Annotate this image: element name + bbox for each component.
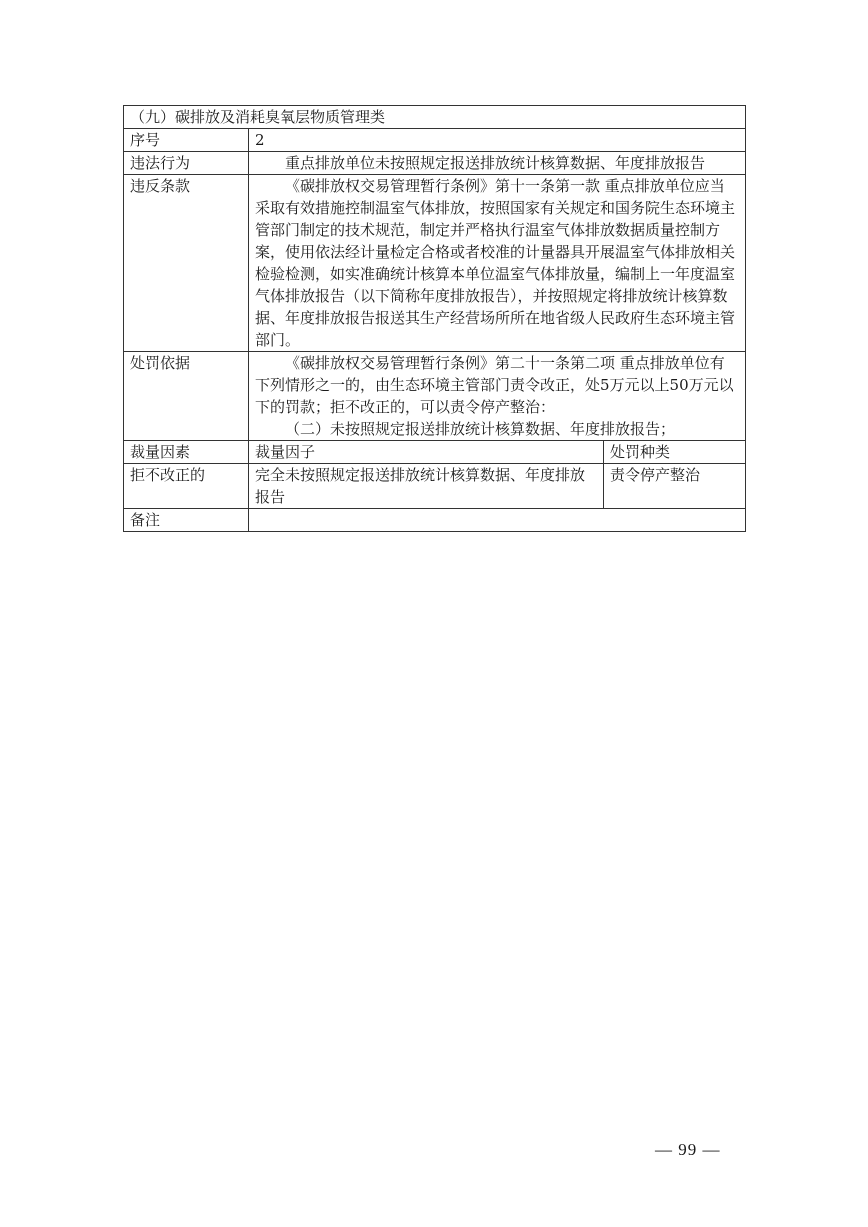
penalty-basis-value: 《碳排放权交易管理暂行条例》第二十一条第二项 重点排放单位有下列情形之一的，由生… [249,352,746,441]
discretion-header-row: 裁量因素 裁量因子 处罚种类 [124,441,746,464]
penalty-basis-paragraph-2: （二）未按照规定报送排放统计核算数据、年度排放报告； [255,418,739,440]
refuse-correction-penalty: 责令停产整治 [604,464,746,509]
serial-value: 2 [249,129,746,152]
section-title-row: （九）碳排放及消耗臭氧层物质管理类 [124,106,746,129]
penalty-basis-label: 处罚依据 [124,352,249,441]
section-title: （九）碳排放及消耗臭氧层物质管理类 [124,106,746,129]
serial-label: 序号 [124,129,249,152]
discretion-factor-header: 裁量因子 [249,441,604,464]
discretion-factor-label: 裁量因素 [124,441,249,464]
remarks-label: 备注 [124,509,249,532]
page-number: — 99 — [655,1140,721,1160]
violation-label: 违法行为 [124,152,249,175]
refuse-correction-factor: 完全未按照规定报送排放统计核算数据、年度排放报告 [249,464,604,509]
penalty-basis-row: 处罚依据 《碳排放权交易管理暂行条例》第二十一条第二项 重点排放单位有下列情形之… [124,352,746,441]
penalty-type-header: 处罚种类 [604,441,746,464]
violated-clause-value: 《碳排放权交易管理暂行条例》第十一条第一款 重点排放单位应当采取有效措施控制温室… [249,175,746,352]
violated-clause-row: 违反条款 《碳排放权交易管理暂行条例》第十一条第一款 重点排放单位应当采取有效措… [124,175,746,352]
serial-row: 序号 2 [124,129,746,152]
violation-value: 重点排放单位未按照规定报送排放统计核算数据、年度排放报告 [249,152,746,175]
penalty-table: （九）碳排放及消耗臭氧层物质管理类 序号 2 违法行为 重点排放单位未按照规定报… [123,105,746,532]
remarks-value [249,509,746,532]
violated-clause-label: 违反条款 [124,175,249,352]
refuse-correction-label: 拒不改正的 [124,464,249,509]
remarks-row: 备注 [124,509,746,532]
refuse-correction-row: 拒不改正的 完全未按照规定报送排放统计核算数据、年度排放报告 责令停产整治 [124,464,746,509]
penalty-basis-paragraph-1: 《碳排放权交易管理暂行条例》第二十一条第二项 重点排放单位有下列情形之一的，由生… [255,352,739,418]
violation-row: 违法行为 重点排放单位未按照规定报送排放统计核算数据、年度排放报告 [124,152,746,175]
